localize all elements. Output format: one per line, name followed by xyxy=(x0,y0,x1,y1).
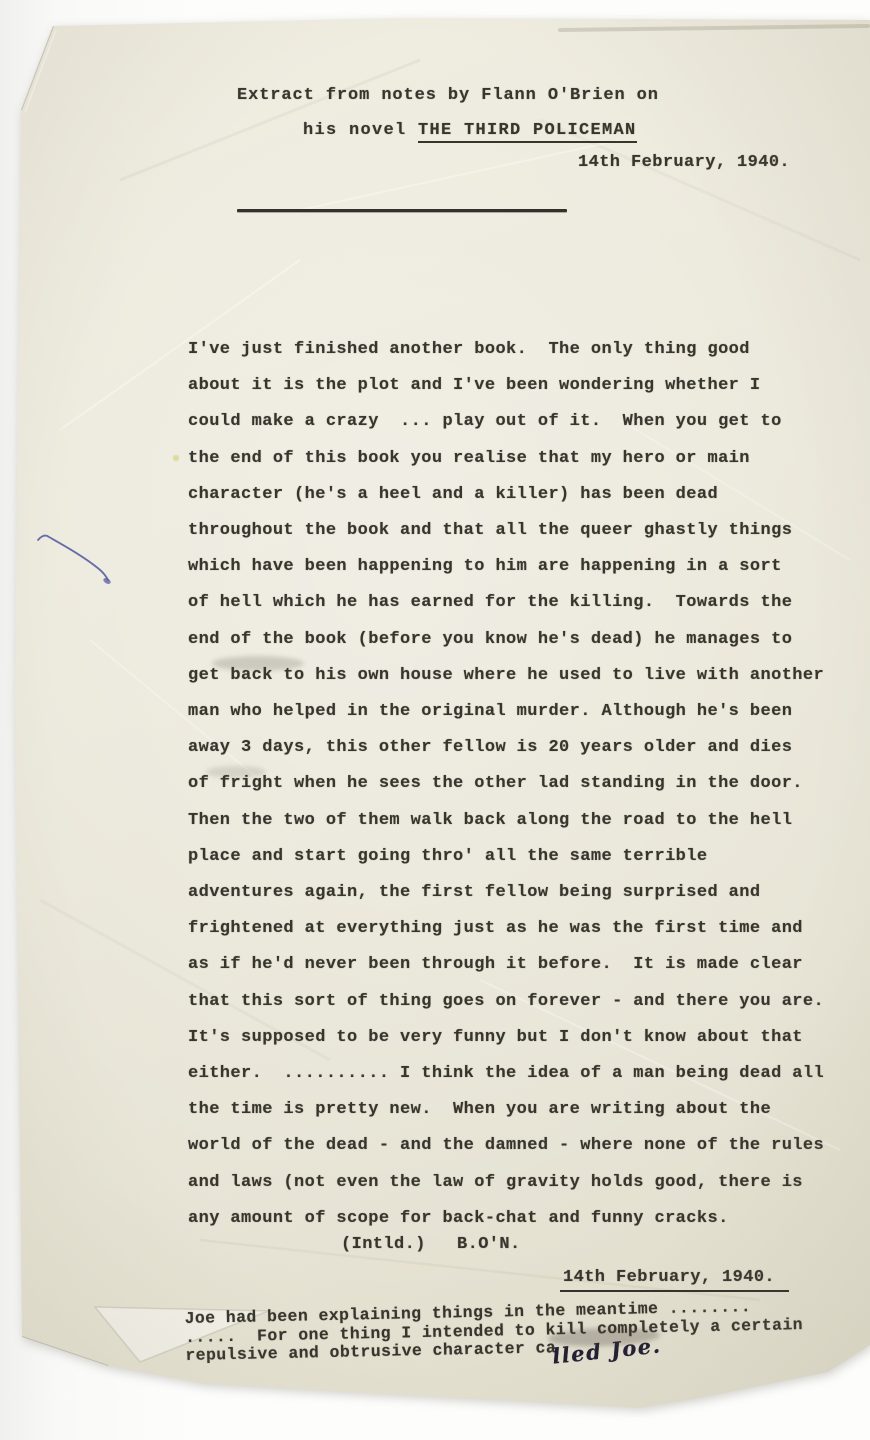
initialed-label: (Intld.) xyxy=(341,1235,426,1254)
typed-line: of hell which he has earned for the kill… xyxy=(188,585,824,621)
typed-line: place and start going thro' all the same… xyxy=(188,839,824,875)
typed-line: frightened at everything just as he was … xyxy=(188,911,824,947)
typed-line: as if he'd never been through it before.… xyxy=(188,947,824,983)
novel-title-underlined: THE THIRD POLICEMAN xyxy=(418,121,637,143)
typed-line: away 3 days, this other fellow is 20 yea… xyxy=(188,730,824,766)
author-initials: B.O'N. xyxy=(457,1235,521,1254)
typed-line: that this sort of thing goes on forever … xyxy=(188,984,824,1020)
top-edge-smudge xyxy=(560,26,868,30)
typed-line: end of the book (before you know he's de… xyxy=(188,622,824,658)
novel-prefix: his novel xyxy=(303,121,418,140)
document-paper: Extract from notes by Flann O'Brien on h… xyxy=(0,0,870,1440)
header-line2: his novel THE THIRD POLICEMAN xyxy=(303,121,637,140)
typed-line: throughout the book and that all the que… xyxy=(188,513,824,549)
scan-background: { "colors": { "paper": "#eae7d9", "ink":… xyxy=(0,0,870,1440)
typed-line: of fright when he sees the other lad sta… xyxy=(188,766,824,802)
overtype-smudge xyxy=(212,656,304,671)
paper-shadow-wrap: Extract from notes by Flann O'Brien on h… xyxy=(0,0,870,1440)
typed-line: could make a crazy ... play out of it. W… xyxy=(188,404,824,440)
footer-date-underlined: 14th February, 1940. xyxy=(560,1268,789,1292)
fold-edge-bottom-left xyxy=(22,1337,108,1366)
typed-line: adventures again, the first fellow being… xyxy=(188,875,824,911)
ink-scribble xyxy=(38,536,108,580)
typed-line: and laws (not even the law of gravity ho… xyxy=(188,1165,824,1201)
fold-edge-top-left xyxy=(21,26,53,110)
overtype-smudge xyxy=(206,766,266,778)
typed-line: character (he's a heel and a killer) has… xyxy=(188,477,824,513)
paper-stain xyxy=(173,455,179,461)
typed-line: either. .......... I think the idea of a… xyxy=(188,1056,824,1092)
typed-line: Then the two of them walk back along the… xyxy=(188,803,824,839)
body-paragraph: I've just finished another book. The onl… xyxy=(188,332,824,1237)
typed-line: any amount of scope for back-chat and fu… xyxy=(188,1201,824,1237)
typed-line: the time is pretty new. When you are wri… xyxy=(188,1092,824,1128)
typed-line: It's supposed to be very funny but I don… xyxy=(188,1020,824,1056)
typed-line: I've just finished another book. The onl… xyxy=(188,332,824,368)
ink-blot xyxy=(102,577,111,585)
postscript-block: Joe had been explaining things in the me… xyxy=(184,1297,803,1365)
typed-line: which have been happening to him are hap… xyxy=(188,549,824,585)
typed-line: world of the dead - and the damned - whe… xyxy=(188,1128,824,1164)
typed-line: the end of this book you realise that my… xyxy=(188,441,824,477)
typed-line: about it is the plot and I've been wonde… xyxy=(188,368,824,404)
header-date: 14th February, 1940. xyxy=(578,153,790,172)
typed-divider-line xyxy=(237,209,567,212)
header-line1: Extract from notes by Flann O'Brien on xyxy=(237,86,659,105)
typed-line: man who helped in the original murder. A… xyxy=(188,694,824,730)
